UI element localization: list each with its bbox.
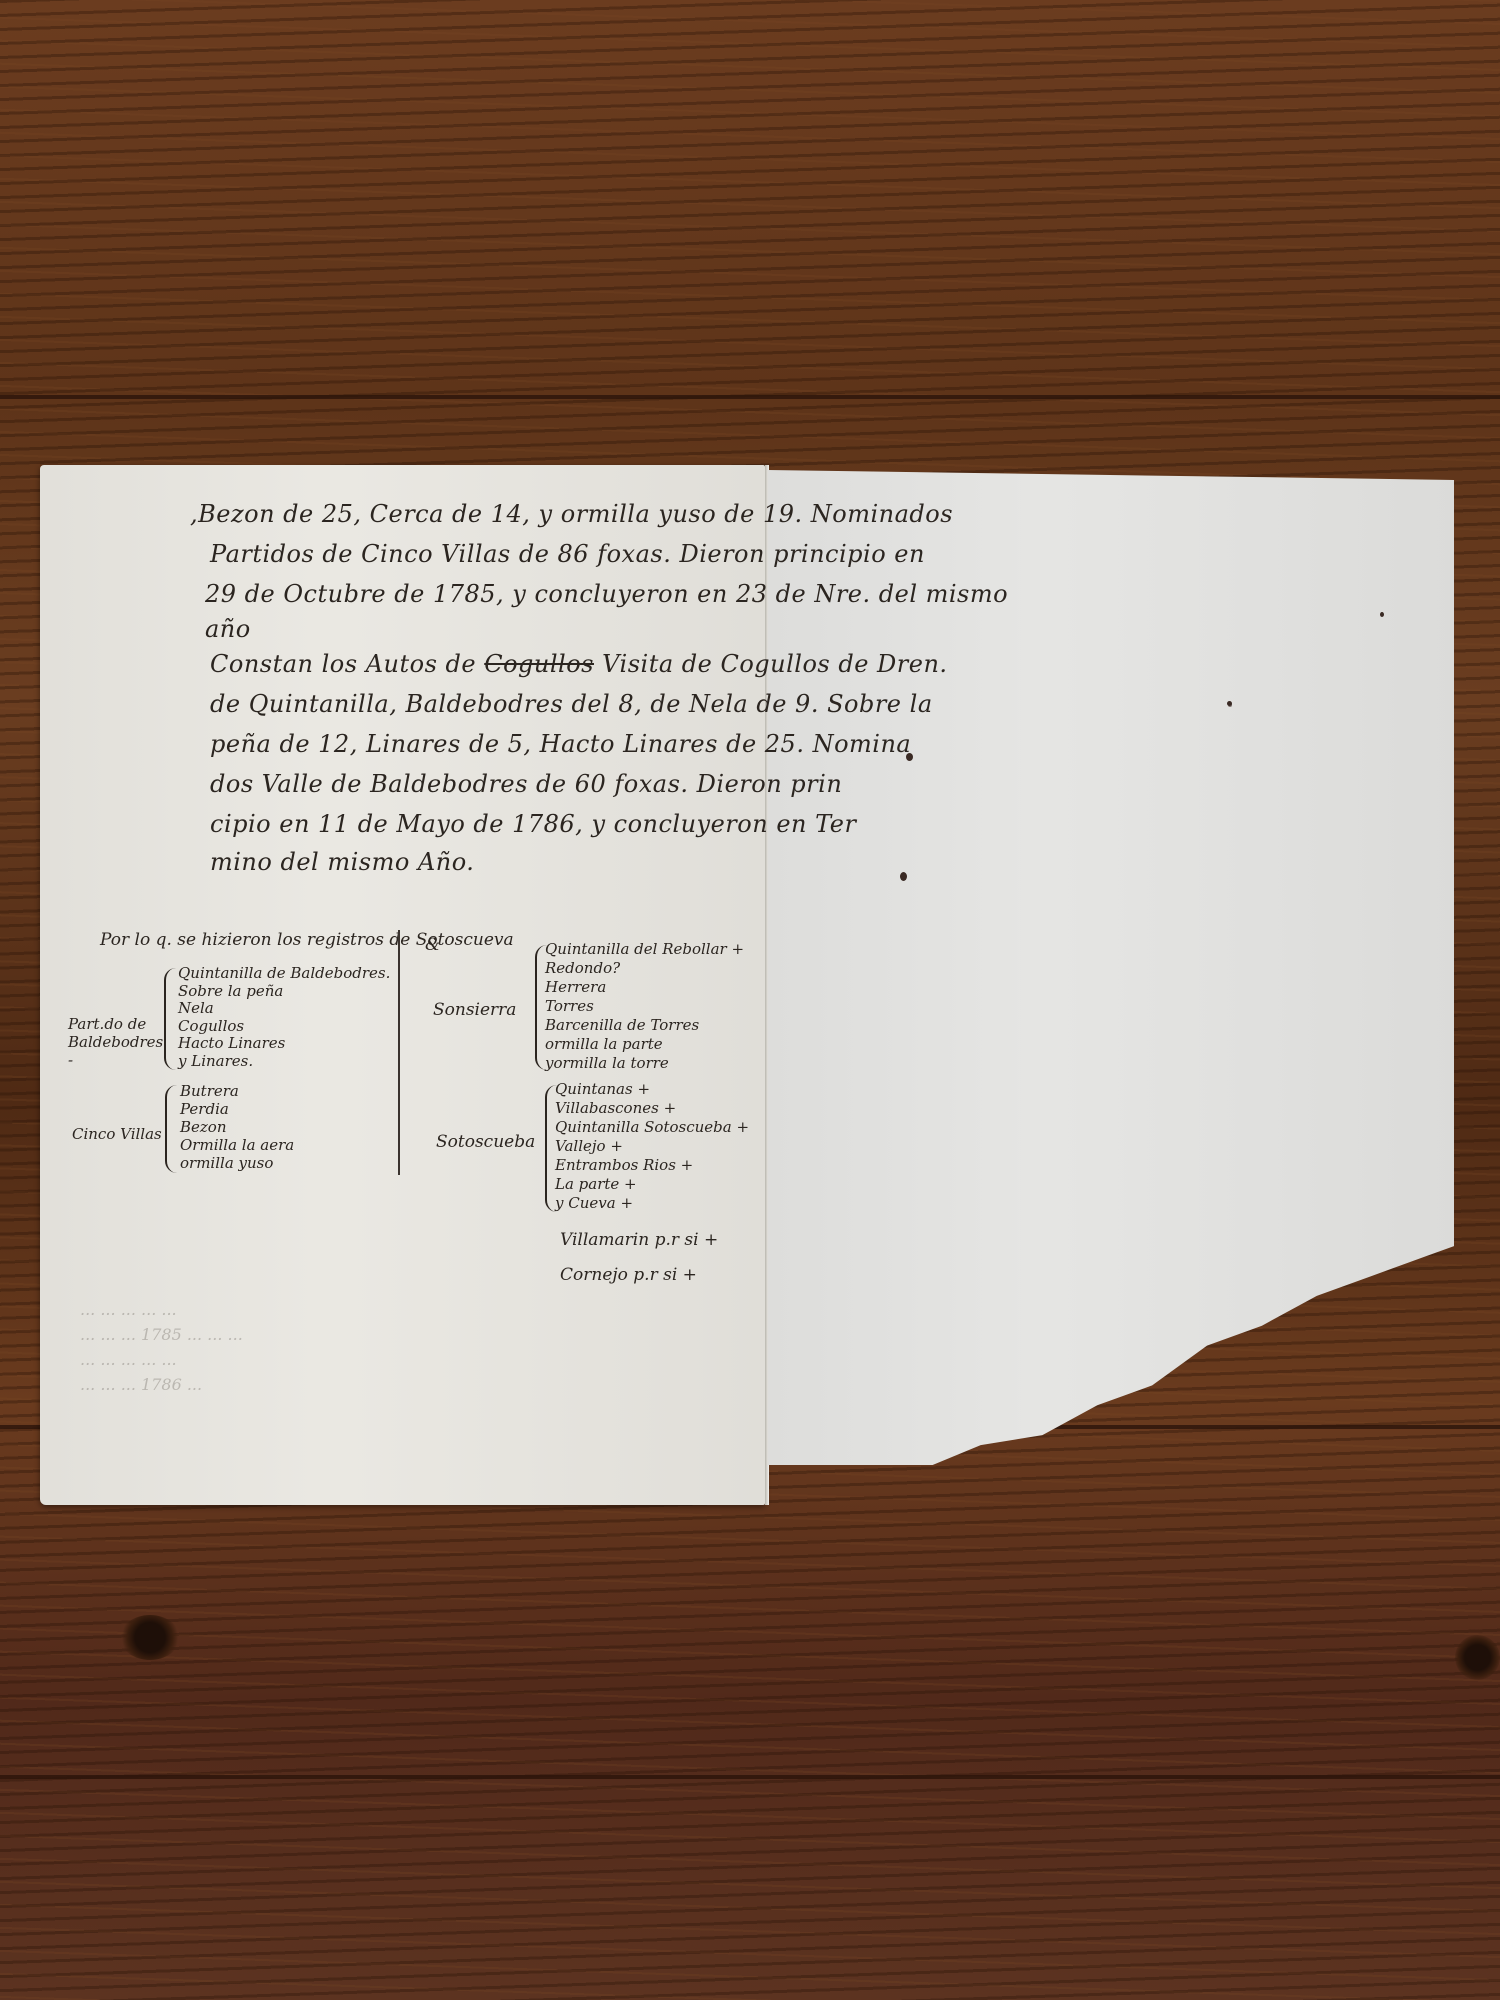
paragraph-2-line-4: dos Valle de Baldebodres de 60 foxas. Di…	[210, 770, 842, 798]
group-label-sonsierra: Sonsierra	[433, 1000, 516, 1020]
group-label-baldebodres: Part.do de Baldebodres -	[68, 1015, 148, 1069]
group-label-cinco-villas: Cinco Villas	[72, 1125, 162, 1143]
paragraph-1-line-4: año	[205, 615, 251, 643]
paragraph-1-line-2: Partidos de Cinco Villas de 86 foxas. Di…	[210, 540, 925, 568]
list-baldebodres: Quintanilla de Baldebodres. Sobre la peñ…	[178, 965, 390, 1070]
paragraph-1-line-3: 29 de Octubre de 1785, y concluyeron en …	[205, 580, 1008, 608]
separator-mark: &	[425, 935, 440, 955]
table-plank-seam	[0, 395, 1500, 399]
list-sonsierra: Quintanilla del Rebollar + Redondo? Herr…	[545, 940, 744, 1073]
list-cinco-villas: Butrera Perdia Bezon Ormilla la aera orm…	[180, 1082, 294, 1172]
bleed-through-text: ... ... ... ... ...	[80, 1350, 177, 1369]
wood-knot	[1455, 1635, 1500, 1680]
tree-header: Por lo q. se hizieron los registros de S…	[100, 930, 514, 950]
ink-spot	[900, 872, 907, 881]
paragraph-2-line-5: cipio en 11 de Mayo de 1786, y concluyer…	[210, 810, 856, 838]
table-plank-seam	[0, 1775, 1500, 1779]
paragraph-2-line-2: de Quintanilla, Baldebodres del 8, de Ne…	[210, 690, 933, 718]
wood-knot	[120, 1615, 180, 1660]
ink-spot	[1228, 703, 1232, 707]
paragraph-1-line-1: ,Bezon de 25, Cerca de 14, y ormilla yus…	[190, 500, 953, 528]
divider-line	[398, 930, 400, 1175]
brace	[164, 968, 176, 1070]
bleed-through-text: ... ... ... 1785 ... ... ...	[80, 1325, 243, 1344]
extra-line-cornejo: Cornejo p.r si +	[560, 1265, 697, 1285]
ink-spot	[1380, 612, 1384, 617]
struck-word: Cogullos	[484, 650, 594, 678]
bleed-through-text: ... ... ... 1786 ...	[80, 1375, 202, 1394]
brace	[165, 1085, 177, 1173]
group-label-sotoscueba: Sotoscueba	[436, 1132, 535, 1152]
bleed-through-text: ... ... ... ... ...	[80, 1300, 177, 1319]
extra-line-villamarin: Villamarin p.r si +	[560, 1230, 718, 1250]
paragraph-2-line-3: peña de 12, Linares de 5, Hacto Linares …	[210, 730, 911, 758]
paragraph-2-line-6: mino del mismo Año.	[210, 848, 474, 876]
paragraph-2-line-1: Constan los Autos de Cogullos Visita de …	[210, 650, 948, 678]
list-sotoscueba: Quintanas + Villabascones + Quintanilla …	[555, 1080, 749, 1213]
